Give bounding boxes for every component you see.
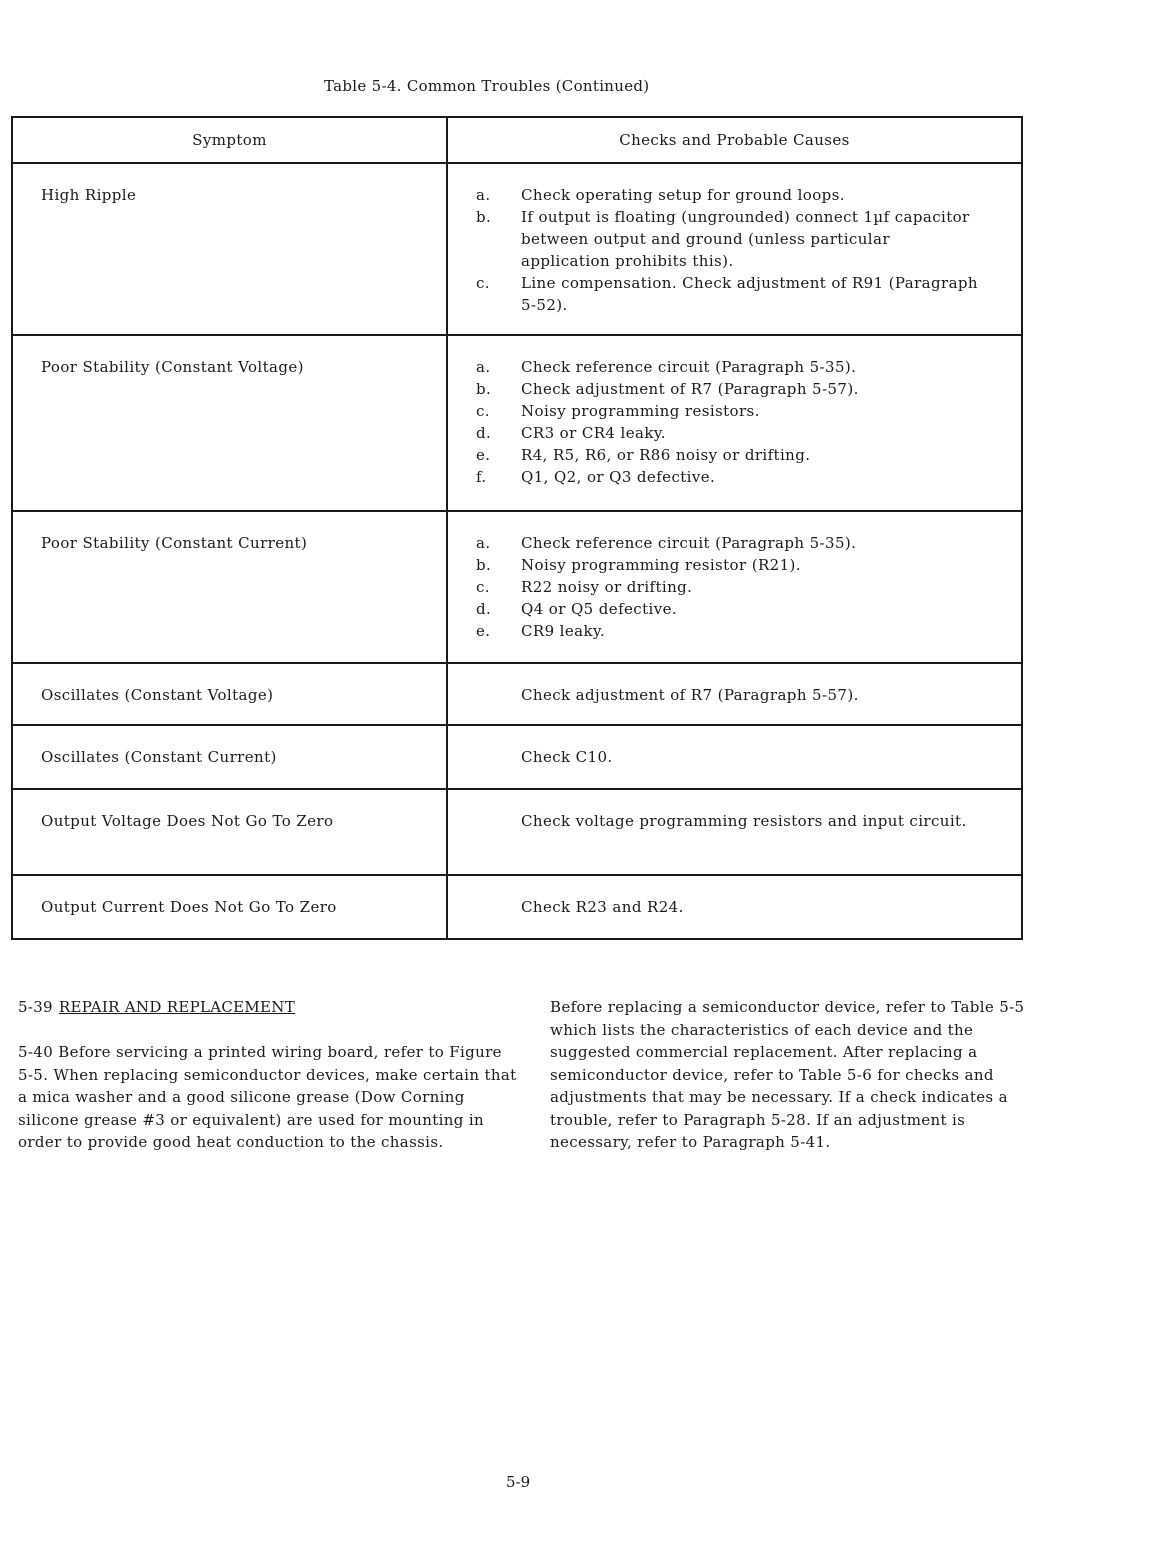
symptom-cell: Oscillates (Constant Current) bbox=[12, 725, 447, 789]
check-text: Noisy programming resistor (R21). bbox=[521, 554, 1021, 576]
check-text: Q4 or Q5 defective. bbox=[521, 598, 1021, 620]
check-item: b. Noisy programming resistor (R21). bbox=[476, 554, 1021, 576]
check-letter: a. bbox=[476, 184, 521, 206]
paragraph-5-40: 5-40 Before servicing a printed wiring b… bbox=[18, 1041, 518, 1154]
page-number: 5-9 bbox=[506, 1473, 530, 1491]
check-text: Check adjustment of R7 (Paragraph 5-57). bbox=[476, 684, 1021, 706]
table-row: High Ripple a. Check operating setup for… bbox=[12, 163, 1022, 335]
check-letter: c. bbox=[476, 400, 521, 422]
check-item: b. If output is floating (ungrounded) co… bbox=[476, 206, 1021, 272]
check-item: b. Check adjustment of R7 (Paragraph 5-5… bbox=[476, 378, 1021, 400]
check-letter: a. bbox=[476, 532, 521, 554]
check-item: c. R22 noisy or drifting. bbox=[476, 576, 1021, 598]
check-item: e. R4, R5, R6, or R86 noisy or drifting. bbox=[476, 444, 1021, 466]
check-text: Check operating setup for ground loops. bbox=[521, 184, 1021, 206]
check-text: CR9 leaky. bbox=[521, 620, 1021, 642]
checks-cell: Check adjustment of R7 (Paragraph 5-57). bbox=[447, 663, 1022, 725]
check-letter: c. bbox=[476, 272, 521, 316]
header-symptom: Symptom bbox=[12, 117, 447, 163]
table-row: Output Voltage Does Not Go To Zero Check… bbox=[12, 789, 1022, 875]
check-letter: b. bbox=[476, 554, 521, 576]
check-text: Check voltage programming resistors and … bbox=[476, 810, 1021, 832]
check-letter: c. bbox=[476, 576, 521, 598]
checks-cell: Check C10. bbox=[447, 725, 1022, 789]
check-item: a. Check reference circuit (Paragraph 5-… bbox=[476, 532, 1021, 554]
check-letter: f. bbox=[476, 466, 521, 488]
table-title: Table 5-4. Common Troubles (Continued) bbox=[324, 77, 649, 95]
checks-cell: a. Check operating setup for ground loop… bbox=[447, 163, 1022, 335]
check-text: If output is floating (ungrounded) conne… bbox=[521, 206, 1021, 272]
check-letter: e. bbox=[476, 620, 521, 642]
symptom-cell: High Ripple bbox=[12, 163, 447, 335]
check-letter: e. bbox=[476, 444, 521, 466]
symptom-cell: Oscillates (Constant Voltage) bbox=[12, 663, 447, 725]
table-row: Output Current Does Not Go To Zero Check… bbox=[12, 875, 1022, 939]
table-header-row: Symptom Checks and Probable Causes bbox=[12, 117, 1022, 163]
check-letter: d. bbox=[476, 598, 521, 620]
check-letter: b. bbox=[476, 378, 521, 400]
check-text: Check R23 and R24. bbox=[476, 896, 1021, 918]
check-text: Line compensation. Check adjustment of R… bbox=[521, 272, 1021, 316]
check-item: a. Check reference circuit (Paragraph 5-… bbox=[476, 356, 1021, 378]
check-text: CR3 or CR4 leaky. bbox=[521, 422, 1021, 444]
check-text: R22 noisy or drifting. bbox=[521, 576, 1021, 598]
check-item: c. Noisy programming resistors. bbox=[476, 400, 1021, 422]
table-row: Oscillates (Constant Voltage) Check adju… bbox=[12, 663, 1022, 725]
check-letter: b. bbox=[476, 206, 521, 272]
symptom-cell: Output Current Does Not Go To Zero bbox=[12, 875, 447, 939]
check-item: c. Line compensation. Check adjustment o… bbox=[476, 272, 1021, 316]
check-item: f. Q1, Q2, or Q3 defective. bbox=[476, 466, 1021, 488]
check-text: Check C10. bbox=[476, 746, 1021, 768]
check-text: Check reference circuit (Paragraph 5-35)… bbox=[521, 532, 1021, 554]
section-heading: 5-39REPAIR AND REPLACEMENT bbox=[18, 998, 295, 1016]
check-item: d. Q4 or Q5 defective. bbox=[476, 598, 1021, 620]
table-row: Poor Stability (Constant Current) a. Che… bbox=[12, 511, 1022, 663]
check-item: e. CR9 leaky. bbox=[476, 620, 1021, 642]
checks-cell: a. Check reference circuit (Paragraph 5-… bbox=[447, 335, 1022, 511]
check-letter: d. bbox=[476, 422, 521, 444]
common-troubles-table: Symptom Checks and Probable Causes High … bbox=[11, 116, 1023, 940]
section-number: 5-39 bbox=[18, 998, 53, 1016]
check-text: Q1, Q2, or Q3 defective. bbox=[521, 466, 1021, 488]
symptom-cell: Poor Stability (Constant Voltage) bbox=[12, 335, 447, 511]
section-heading-text: REPAIR AND REPLACEMENT bbox=[59, 998, 295, 1016]
paragraph-continued: Before replacing a semiconductor device,… bbox=[550, 996, 1050, 1154]
check-item: d. CR3 or CR4 leaky. bbox=[476, 422, 1021, 444]
checks-cell: Check voltage programming resistors and … bbox=[447, 789, 1022, 875]
table-row: Oscillates (Constant Current) Check C10. bbox=[12, 725, 1022, 789]
header-checks: Checks and Probable Causes bbox=[447, 117, 1022, 163]
check-letter: a. bbox=[476, 356, 521, 378]
check-text: Check adjustment of R7 (Paragraph 5-57). bbox=[521, 378, 1021, 400]
check-text: R4, R5, R6, or R86 noisy or drifting. bbox=[521, 444, 1021, 466]
symptom-cell: Output Voltage Does Not Go To Zero bbox=[12, 789, 447, 875]
checks-cell: Check R23 and R24. bbox=[447, 875, 1022, 939]
check-text: Check reference circuit (Paragraph 5-35)… bbox=[521, 356, 1021, 378]
symptom-cell: Poor Stability (Constant Current) bbox=[12, 511, 447, 663]
table-row: Poor Stability (Constant Voltage) a. Che… bbox=[12, 335, 1022, 511]
checks-cell: a. Check reference circuit (Paragraph 5-… bbox=[447, 511, 1022, 663]
check-text: Noisy programming resistors. bbox=[521, 400, 1021, 422]
check-item: a. Check operating setup for ground loop… bbox=[476, 184, 1021, 206]
